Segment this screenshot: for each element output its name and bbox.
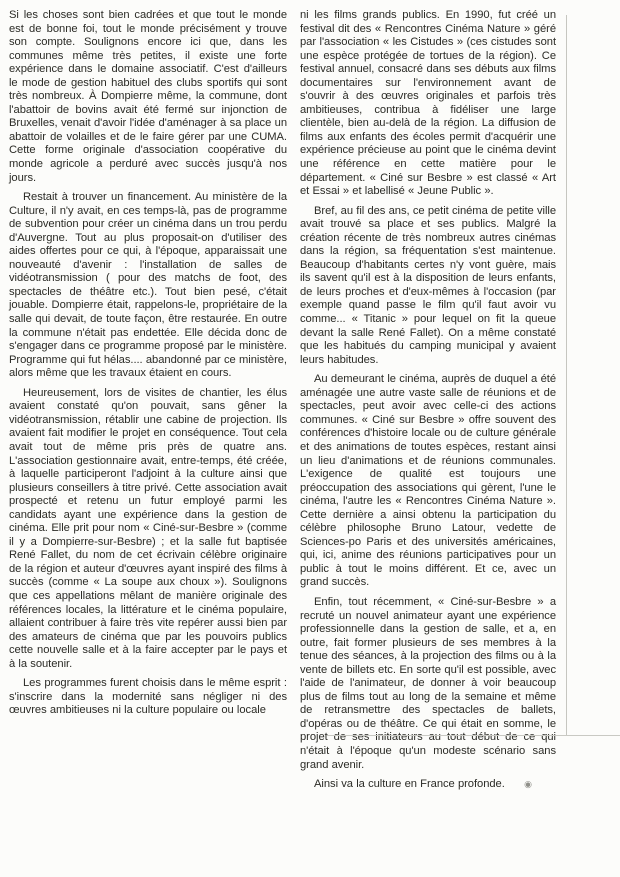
- paragraph: Si les choses sont bien cadrées et que t…: [9, 9, 287, 185]
- paragraph: Au demeurant le cinéma, auprès de duquel…: [300, 373, 556, 590]
- page-edge-horizontal-rule: [327, 735, 620, 736]
- scanned-article-page: Si les choses sont bien cadrées et que t…: [9, 9, 569, 792]
- closing-paragraph: Ainsi va la culture en France profonde. …: [300, 778, 556, 792]
- right-column: ni les films grands publics. En 1990, fu…: [300, 9, 556, 792]
- closing-sentence: Ainsi va la culture en France profonde.: [314, 778, 505, 790]
- paragraph: Les programmes furent choisis dans le mê…: [9, 677, 287, 718]
- paragraph: Enfin, tout récemment, « Ciné-sur-Besbre…: [300, 596, 556, 772]
- paragraph: Heureusement, lors de visites de chantie…: [9, 387, 287, 671]
- paragraph: Restait à trouver un financement. Au min…: [9, 191, 287, 381]
- page-edge-vertical-rule: [566, 15, 567, 736]
- paragraph: ni les films grands publics. En 1990, fu…: [300, 9, 556, 199]
- paragraph: Bref, au fil des ans, ce petit cinéma de…: [300, 205, 556, 368]
- left-column: Si les choses sont bien cadrées et que t…: [9, 9, 287, 792]
- end-of-article-icon: ◉: [508, 780, 532, 789]
